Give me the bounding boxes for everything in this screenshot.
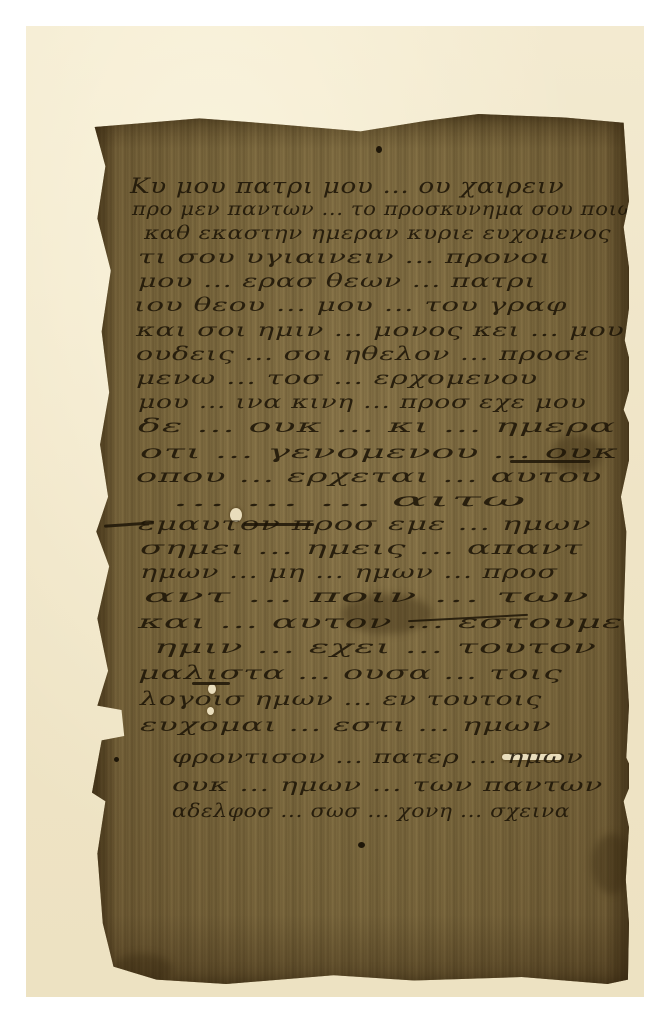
- photo-background: Κυ μου πατρι μου ... ου χαιρειν προ μεν …: [26, 26, 644, 997]
- text-line: οπου ... ερχεται ... αυτου: [136, 465, 602, 487]
- text-line: δε ... ουκ ... κι ... ημερα: [138, 415, 616, 437]
- papyrus-sheet: Κυ μου πατρι μου ... ου χαιρειν προ μεν …: [92, 114, 629, 984]
- text-line: τι σου υγιαινειν ... προνοι: [138, 246, 551, 268]
- text-line: αδελφοσ ... σωσ ... χονη ... σχεινα: [172, 800, 570, 822]
- text-line: ουδεις ... σοι ηθελον ... προσε: [136, 343, 590, 365]
- text-line: καθ εκαστην ημεραν κυριε ευχομενος: [144, 222, 611, 244]
- crossed-out-word: [192, 682, 230, 685]
- text-line: ημιν ... εχει ... τουτον: [154, 636, 597, 658]
- text-line: προ μεν παντων ... το προσκυνημα σου ποι…: [132, 198, 635, 220]
- text-line: εμαυτον προσ εμε ... ημων: [138, 513, 592, 535]
- text-line: ημων ... μη ... ημων ... προσ: [140, 561, 558, 583]
- text-line: μου ... ινα κινη ... προσ εχε μου: [138, 391, 586, 413]
- ink-dot: [114, 716, 119, 721]
- text-line: μαλιστα ... ουσα ... τοις: [138, 662, 563, 684]
- text-line: και σοι ημιν ... μονος κει ... μου: [136, 319, 625, 341]
- text-line: λογοισ ημων ... εν τουτοις: [140, 688, 542, 710]
- text-line: ιου θεου ... μου ... του γραφ: [134, 294, 567, 316]
- text-line: ευχομαι ... εστι ... ημων: [140, 714, 552, 736]
- crossed-out-word: [510, 460, 590, 463]
- text-line: αντ ... ποιν ... των: [144, 585, 590, 607]
- text-line: Κυ μου πατρι μου ... ου χαιρειν: [130, 174, 564, 198]
- text-line: φροντισον ... πατερ ... ημων: [172, 746, 583, 768]
- text-line: μενω ... τοσ ... ερχομενου: [136, 367, 538, 389]
- text-line: σημει ... ημεις ... απαντ: [140, 537, 583, 559]
- text-line: μου ... ερασ θεων ... πατρι: [138, 270, 536, 292]
- text-line: ουκ ... ημων ... των παντων: [172, 774, 603, 796]
- text-line: και ... αυτον ... εστουμε: [138, 611, 623, 633]
- text-line: ... ... ... αιτω: [172, 489, 527, 511]
- crossed-out-word: [244, 523, 314, 526]
- handwritten-text: Κυ μου πατρι μου ... ου χαιρειν προ μεν …: [92, 114, 629, 984]
